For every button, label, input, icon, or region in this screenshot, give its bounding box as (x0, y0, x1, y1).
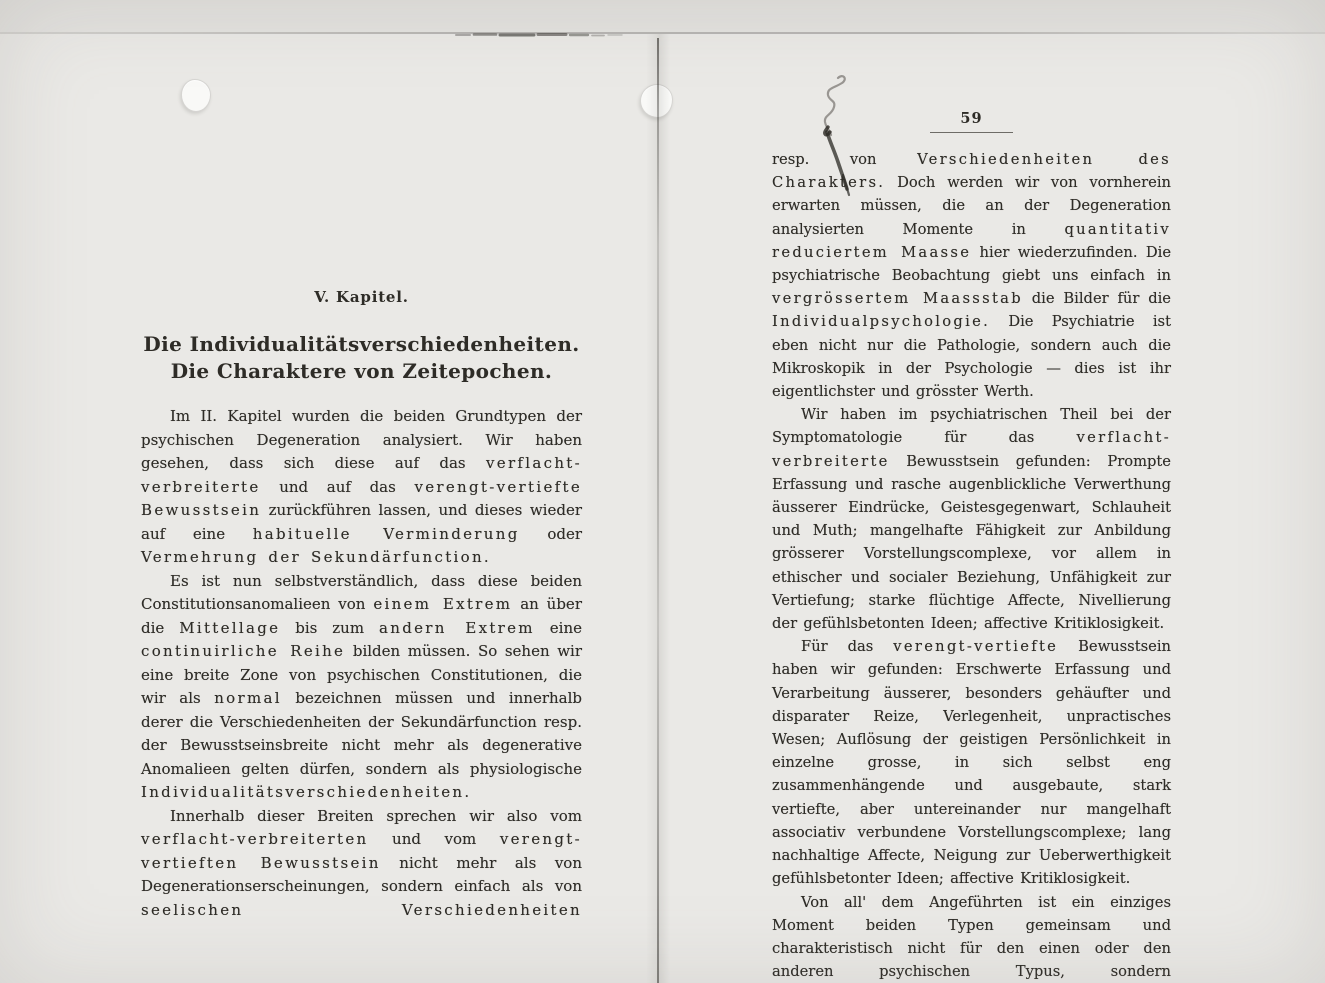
emphasized-text: continuirliche Reihe (141, 642, 345, 660)
page-left: V. Kapitel. Die Individualitätsverschied… (141, 288, 582, 922)
body-text-segment: Innerhalb dieser Breiten sprechen wir al… (170, 807, 582, 825)
paragraph: Für das verengt-vertiefte Bewusstsein ha… (772, 635, 1171, 890)
body-text-segment: die Bilder für die (1023, 290, 1171, 307)
body-text-segment: Für das (801, 638, 893, 655)
chapter-title: Die Individualitätsverschiedenheiten. Di… (141, 331, 582, 384)
punch-hole (181, 79, 211, 112)
chapter-title-line2: Die Charaktere von Zeitepochen. (171, 359, 553, 383)
page-fold (657, 38, 659, 983)
emphasized-text: habituelle Verminderung (253, 525, 520, 543)
paragraph: Im II. Kapitel wurden die beiden Grundty… (141, 405, 582, 570)
emphasized-text: normal (214, 689, 282, 707)
left-body-text: Im II. Kapitel wurden die beiden Grundty… (141, 405, 582, 922)
paragraph: resp. von Verschiedenheiten des Charakte… (772, 148, 1171, 403)
body-text-segment: resp. von (772, 151, 917, 168)
body-text-segment: Bewusstsein gefunden: Prompte Erfassung … (772, 453, 1171, 632)
right-body-text: resp. von Verschiedenheiten des Charakte… (772, 148, 1171, 983)
paragraph: Es ist nun selbstverständlich, dass dies… (141, 570, 582, 805)
body-text-segment: und vom (368, 830, 499, 848)
scanned-book-spread: { "colors":{"paper":"#eae9e6","paper_edg… (0, 0, 1325, 983)
page-number-wrap: 59 (772, 108, 1171, 133)
emphasized-text: andern Extrem (379, 619, 535, 637)
emphasized-text: vergrössertem Maassstab (772, 290, 1023, 307)
paragraph: Von all' dem Angeführten ist ein einzige… (772, 891, 1171, 983)
paragraph: Innerhalb dieser Breiten sprechen wir al… (141, 805, 582, 923)
body-text-segment: oder (520, 525, 582, 543)
chapter-kicker: V. Kapitel. (141, 288, 582, 306)
chapter-title-line1: Die Individualitätsverschiedenheiten. (143, 332, 579, 356)
emphasized-text: verengt-vertiefte (893, 638, 1058, 655)
emphasized-text: Mittellage (179, 619, 280, 637)
emphasized-text: Individualitätsverschiedenheiten. (141, 783, 471, 801)
page-number: 59 (930, 110, 1012, 133)
emphasized-text: einem Extrem (373, 595, 512, 613)
body-text-segment: eine (535, 619, 582, 637)
emphasized-text: Individualpsychologie. (772, 313, 990, 330)
body-text-segment: bis zum (280, 619, 379, 637)
body-text-segment: und auf das (261, 478, 415, 496)
emphasized-text: Vermehrung der Sekundärfunction. (141, 548, 491, 566)
scanner-edge-band (0, 0, 1325, 32)
body-text-segment: Von all' dem Angeführten ist ein einzige… (772, 894, 1171, 981)
emphasized-text: verflacht-verbreiterten (141, 830, 368, 848)
paragraph: Wir haben im psychiatrischen Theil bei d… (772, 403, 1171, 635)
emphasized-text: seelischen Verschiedenheiten (141, 901, 582, 919)
page-right: 59 resp. von Verschiedenheiten des Chara… (772, 108, 1171, 983)
body-text-segment: Bewusstsein haben wir gefunden: Erschwer… (772, 638, 1171, 887)
